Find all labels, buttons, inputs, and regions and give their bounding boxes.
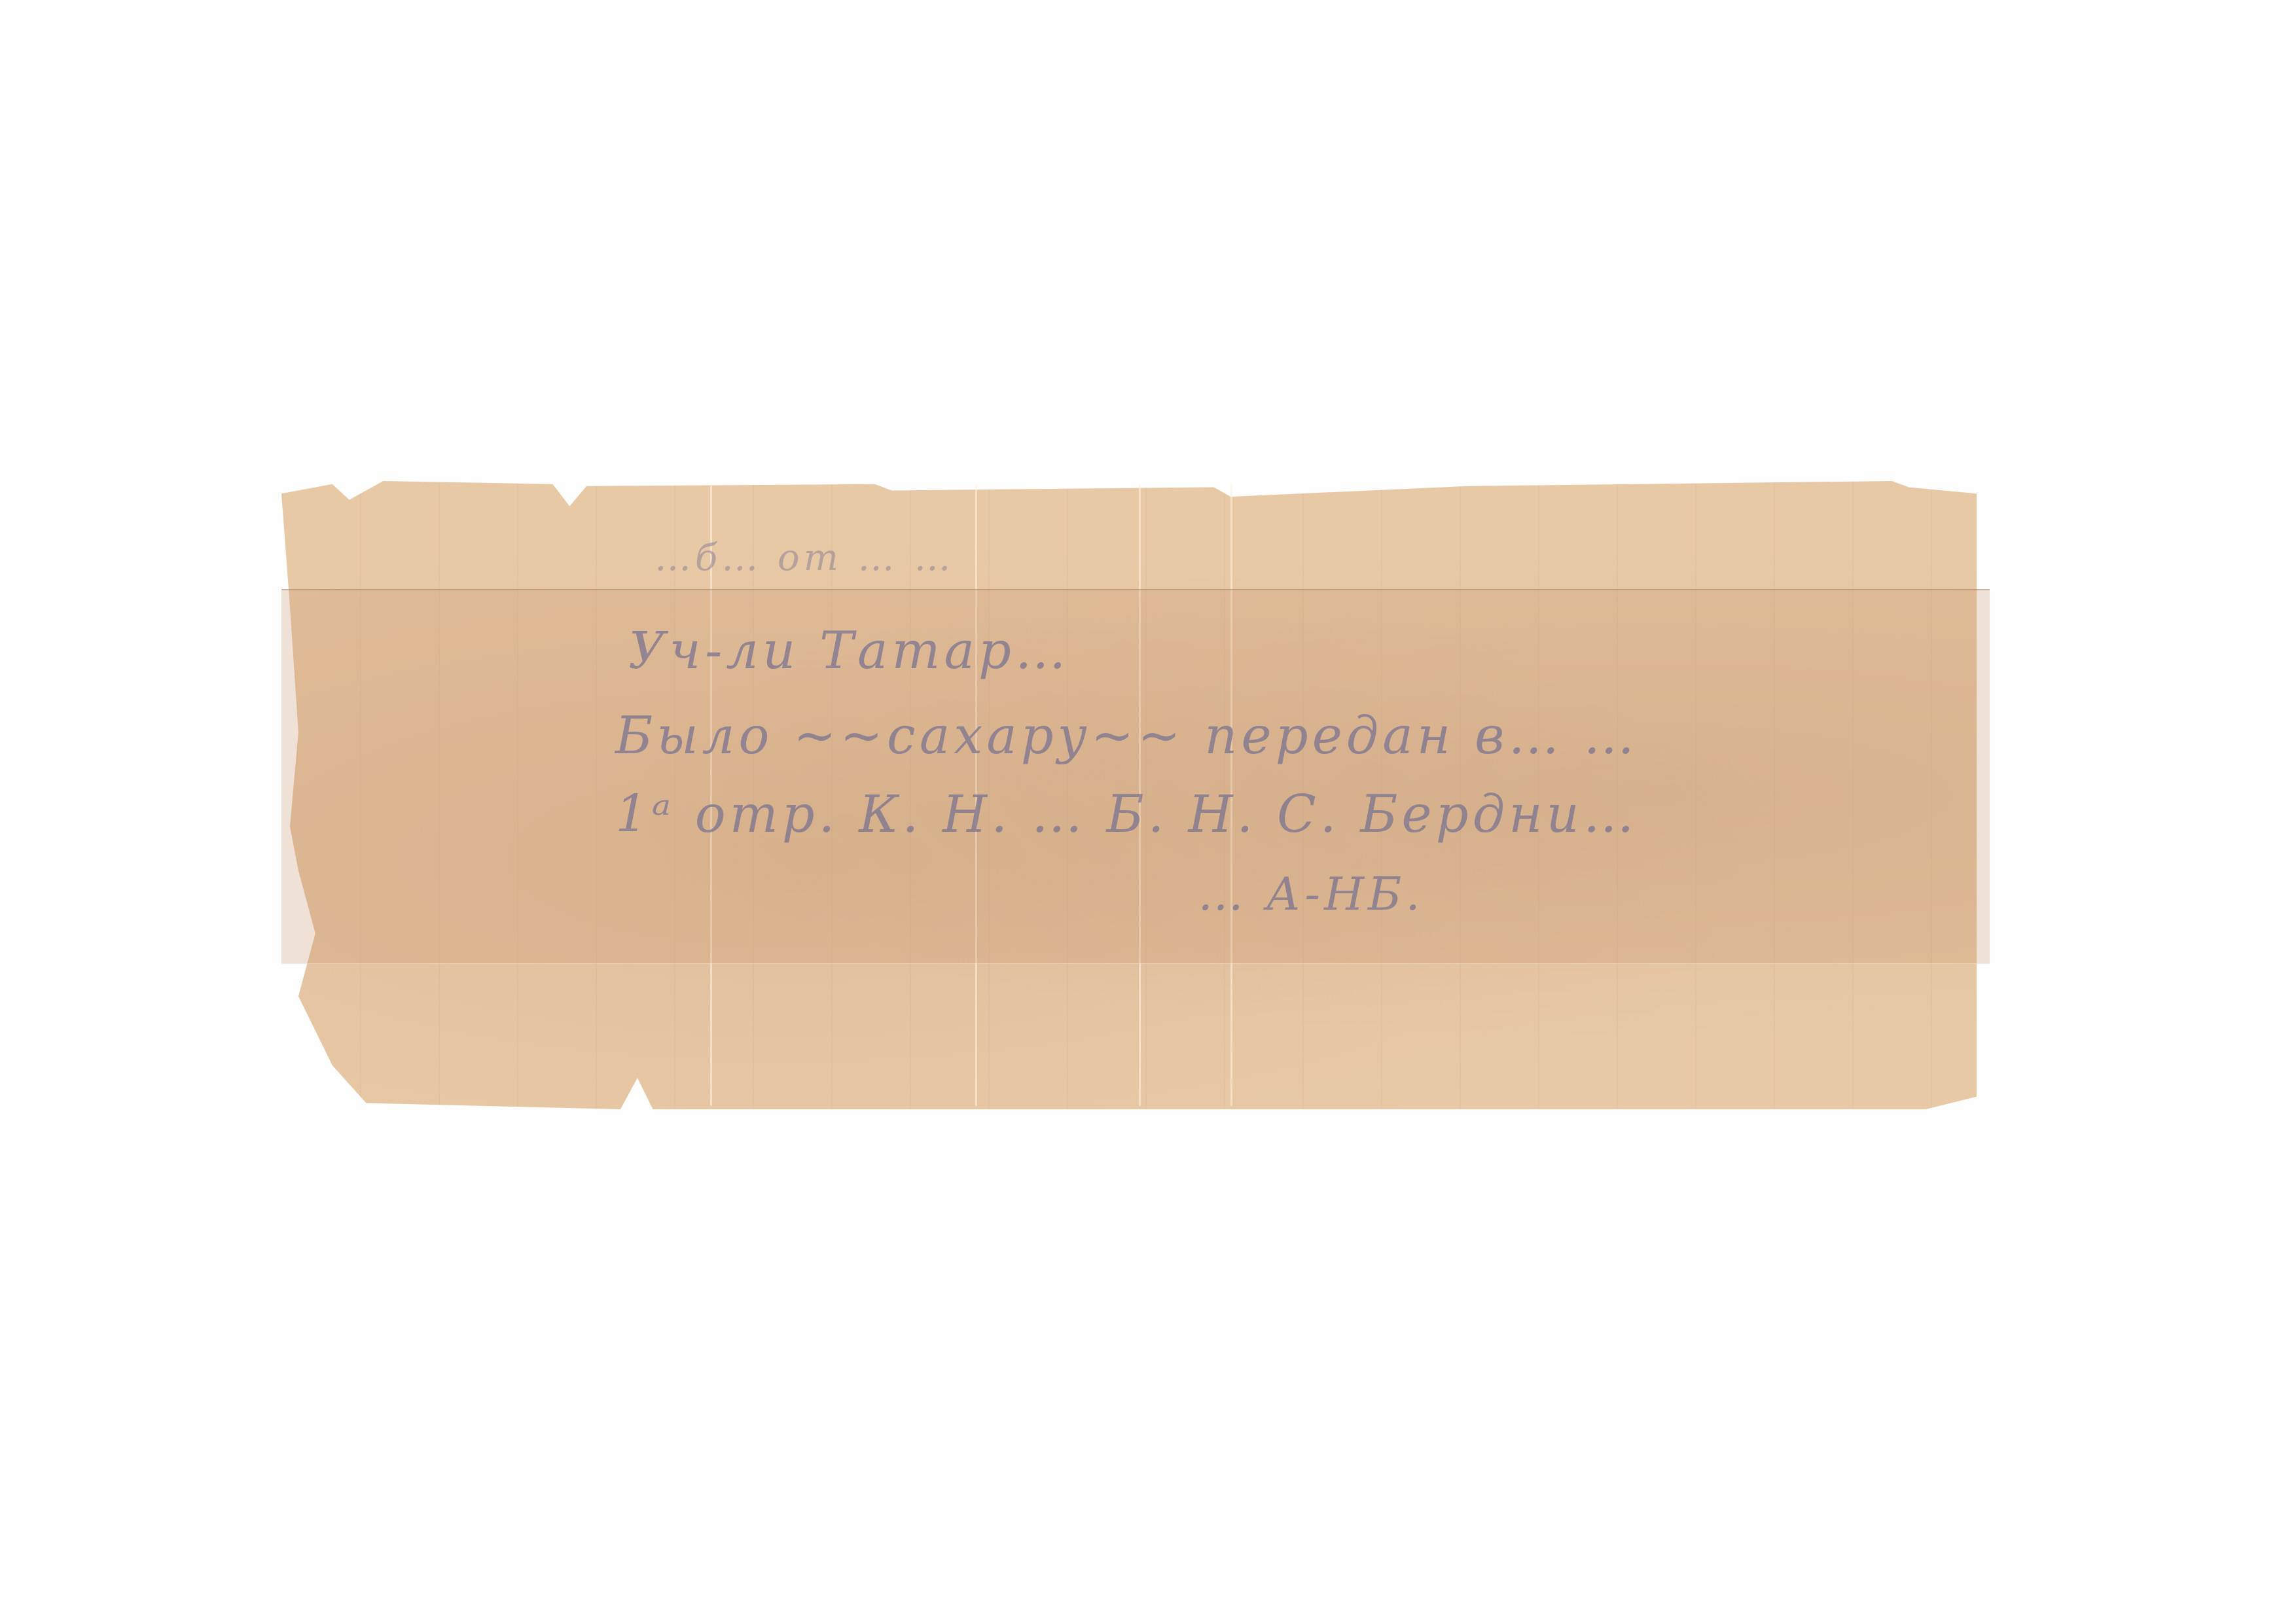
body-line: Было ~~сахару~~ передан в… … xyxy=(615,707,1638,766)
addressee-line: Уч-ли Татар… xyxy=(628,622,1070,681)
faded-header-line: …б… от … … xyxy=(655,537,954,579)
transparent-tape xyxy=(281,589,1990,964)
body-text: Было ~~сахару~~ передан в… … xyxy=(615,707,1638,766)
signature-line: 1ᵃ отр. К. Н. … Б. Н. С. Бердни… xyxy=(615,785,1638,844)
initials-line: … А-НБ. xyxy=(1198,867,1424,921)
